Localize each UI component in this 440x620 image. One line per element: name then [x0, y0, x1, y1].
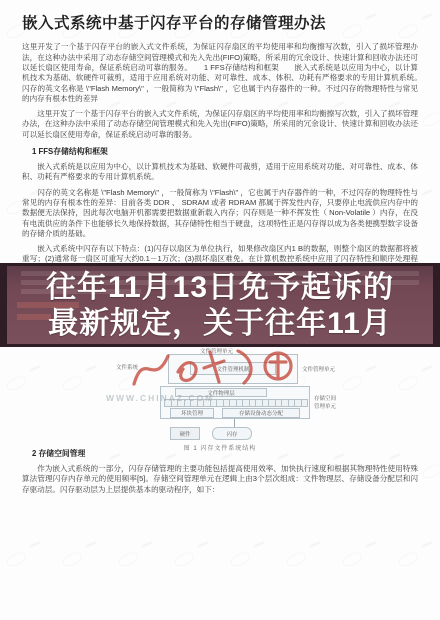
- figure-box-hardware: 硬件: [170, 427, 200, 440]
- ghost-text-bar: [21, 289, 141, 294]
- abstract-paragraph: 这里开发了一个基于闪存平台的嵌入式文件系统，为保证闪存扇区的平均使用率和均衡擦写…: [22, 42, 418, 104]
- section-2: 2 存储空间管理 作为嵌入式系统的一部分，闪存存储管理的主要功能包括提高使用效率…: [22, 449, 418, 495]
- chinaz-watermark: WWW.CHINAZ.COM: [106, 393, 214, 403]
- headline-banner[interactable]: 往年11月13日免予起诉的 最新规定，关于往年11月: [0, 263, 440, 347]
- ghost-text-fragment: [17, 302, 79, 308]
- page-title: 嵌入式系统中基于闪存平台的存储管理办法: [22, 14, 418, 33]
- figure-label-space-unit-1: 存储空间: [314, 394, 336, 402]
- figure-box-alloc: 存储设备动态分配: [222, 408, 300, 418]
- red-seal-watermark: [126, 344, 316, 392]
- paragraph-embedded-system: 嵌入式系统是以应用为中心，以计算机技术为基础、软硬件可裁剪，适用于应用系统对功能…: [22, 162, 418, 183]
- figure-ffs-structure: 文件系统 文件管理单元 文件管理机制 文件管理单元 文件物理层 坏块管理 存储设…: [90, 348, 350, 452]
- figure-box-bad-block: 坏块管理: [170, 408, 214, 418]
- paragraph-flash-memory: 闪存的英文名称是 \"Flash Memory\" ，一般简称为 \"Flash…: [22, 188, 418, 239]
- figure-box-flash: 闪存: [212, 427, 252, 440]
- paragraph-storage-management: 作为嵌入式系统的一部分，闪存存储管理的主要功能包括提高使用效率、加快执行速度和根…: [22, 464, 418, 495]
- ghost-text-bar: [21, 271, 419, 276]
- intro-paragraph: 这里开发了一个基于闪存平台的嵌入式文件系统，为保证闪存扇区的平均使用率和均衡擦写…: [22, 109, 418, 140]
- ghost-text-fragment: [17, 314, 51, 320]
- section-heading-1: 1 FFS存储结构和框架: [32, 147, 418, 157]
- ghost-text-bar: [21, 280, 419, 285]
- figure-caption: 图 1 闪存文件系统结构: [90, 443, 350, 452]
- figure-label-space-unit-2: 管理单元: [314, 402, 336, 410]
- banner-headline-line2: 最新规定，关于往年11月: [7, 306, 433, 342]
- sector-cell: [302, 399, 309, 407]
- figure-connector-line: [234, 419, 235, 427]
